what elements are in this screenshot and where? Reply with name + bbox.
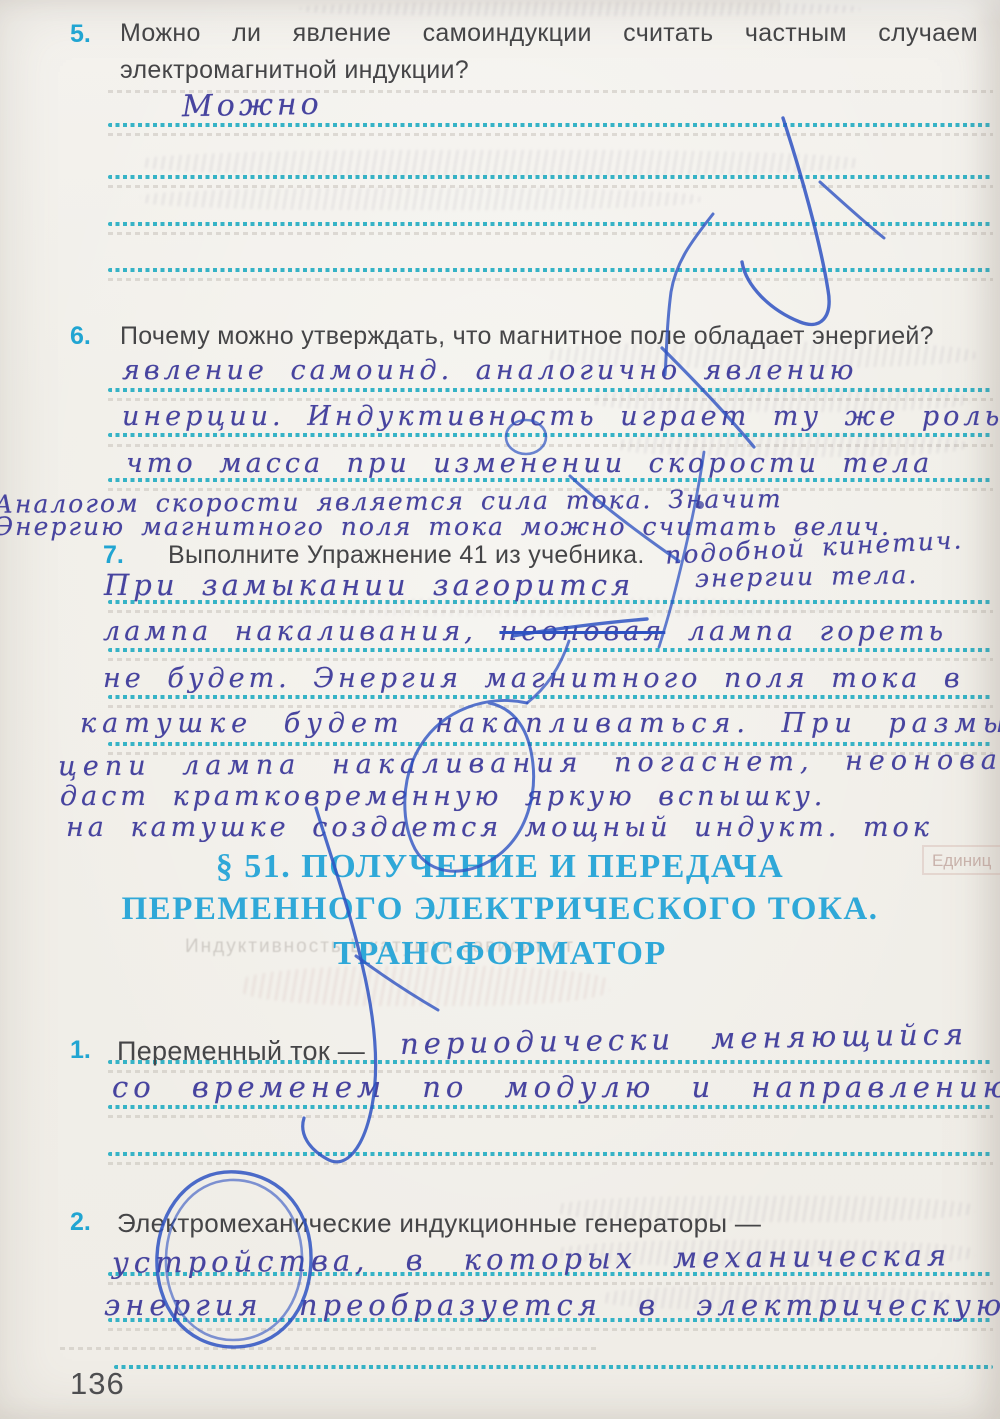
bleed-scribble: [140, 150, 860, 176]
handwritten-line: со временем по модулю и направлению.: [112, 1070, 1000, 1104]
handwritten-line: даст кратковременную яркую вспышку.: [60, 781, 826, 812]
ghost-rule: [108, 133, 993, 136]
workbook-page: Индуктивность L катушки зависит от Едини…: [0, 0, 1000, 1419]
handwritten-struck-word: неоновая: [499, 616, 665, 647]
ghost-rule: [108, 278, 993, 281]
answer-rule: [108, 1105, 993, 1109]
handwritten-segment: лампа накаливания,: [103, 616, 477, 647]
question-5-text-line1: Можно ли явление самоиндукции считать ча…: [120, 19, 978, 48]
handwritten-segment: лампа гореть: [688, 616, 947, 647]
answer-rule: [108, 268, 993, 272]
handwritten-line: инерции. Индуктивность играет ту же роль…: [122, 401, 1000, 432]
ghost-rule: [60, 1347, 600, 1350]
question-6-text: Почему можно утверждать, что магнитное п…: [120, 322, 934, 351]
handwritten-line-with-strikeout: лампа накаливания, неоновая лампа гореть: [103, 616, 947, 647]
ghost-rule: [108, 1282, 993, 1285]
answer-rule: [114, 1365, 993, 1369]
question-1-number: 1.: [70, 1036, 91, 1065]
question-2-number: 2.: [70, 1208, 91, 1237]
answer-rule: [108, 222, 993, 226]
section-title-line2: ПЕРЕМЕННОГО ЭЛЕКТРИЧЕСКОГО ТОКА.: [0, 891, 1000, 928]
question-6-number: 6.: [70, 322, 91, 351]
question-7-number: 7.: [103, 541, 124, 570]
answer-rule: [108, 1152, 993, 1156]
handwritten-line: При замыкании загорится: [104, 568, 634, 602]
handwritten-line: явление самоинд. аналогично явлению: [122, 355, 857, 386]
handwritten-answer-q5: Можно: [182, 87, 323, 124]
ghost-rule: [108, 232, 993, 235]
handwritten-line: что масса при изменении скорости тела: [126, 448, 933, 479]
question-5-text-line2: электромагнитной индукции?: [120, 56, 469, 85]
ghost-rule: [108, 1115, 993, 1118]
handwritten-line: цепи лампа накаливания погаснет, неонова: [58, 745, 1000, 783]
handwritten-side-note: энергии тела.: [695, 560, 919, 593]
handwritten-line: катушке будет накапливаться. При размыка: [80, 708, 1000, 739]
ghost-rule: [108, 658, 993, 661]
handwritten-line: не будет. Энергия магнитного поля тока в: [103, 663, 964, 694]
ghost-rule: [108, 1328, 993, 1331]
section-title-line3: ТРАНСФОРМАТОР: [0, 935, 1000, 973]
answer-rule: [108, 123, 993, 127]
question-7-text: Выполните Упражнение 41 из учебника.: [168, 541, 645, 570]
handwritten-line: на катушке создается мощный индукт. ток: [66, 812, 933, 843]
bleed-scribble: [140, 188, 700, 210]
question-5-number: 5.: [70, 20, 91, 49]
section-title-line1: § 51. ПОЛУЧЕНИЕ И ПЕРЕДАЧА: [0, 848, 1000, 886]
question-2-text: Электромеханические индукционные генерат…: [117, 1208, 761, 1239]
handwritten-line: энергия преобразуется в электрическую.: [104, 1288, 1000, 1322]
answer-rule: [108, 695, 993, 699]
question-1-text: Переменный ток —: [117, 1036, 365, 1067]
answer-rule: [108, 648, 993, 652]
handwritten-line: периодически меняющийся: [400, 1017, 969, 1061]
ghost-rule: [108, 1162, 993, 1165]
page-number: 136: [70, 1366, 125, 1402]
pen-stroke: [820, 182, 884, 238]
bleed-scribble: [300, 2, 860, 16]
